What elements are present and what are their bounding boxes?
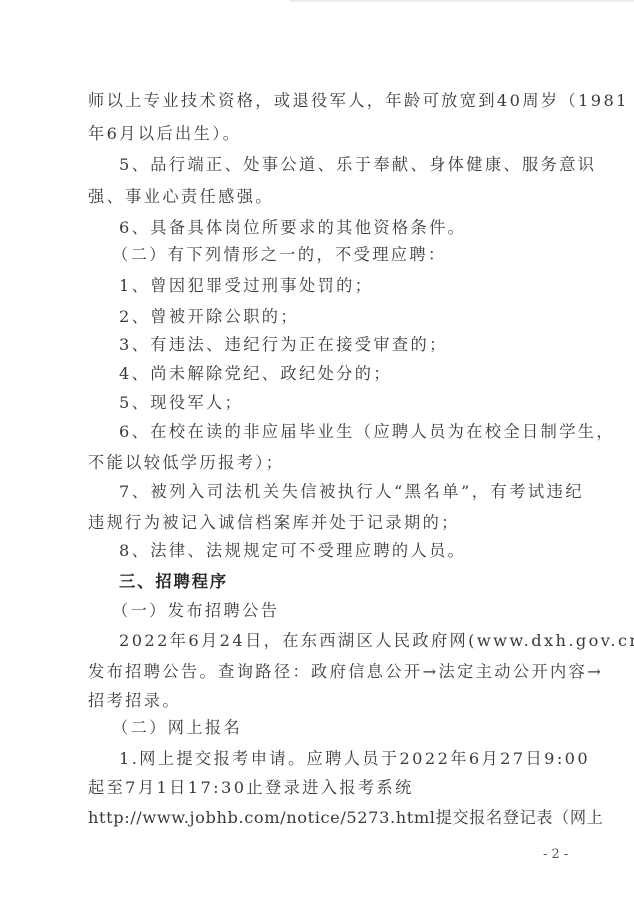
url-text-line: http://www.jobhb.com/notice/5273.html提交报… (88, 808, 584, 828)
text-line: 强、事业心责任感强。 (88, 187, 584, 207)
subsection-heading: （二）网上报名 (112, 718, 577, 738)
text-line: 招考招录。 (88, 691, 584, 711)
list-item: 7、被列入司法机关失信被执行人“黑名单”，有考试违纪 (119, 482, 584, 502)
scan-edge-shadow (290, 0, 634, 2)
page-number: - 2 - (543, 847, 568, 862)
text-line: 师以上专业技术资格，或退役军人，年龄可放宽到40周岁（1981 (88, 91, 584, 111)
document-page: 师以上专业技术资格，或退役军人，年龄可放宽到40周岁（1981 年6月以后出生）… (0, 0, 634, 900)
list-item: 1.网上提交报考申请。应聘人员于2022年6月27日9:00 (119, 749, 584, 769)
list-item: 1、曾因犯罪受过刑事处罚的； (119, 276, 584, 296)
list-item: 2、曾被开除公职的； (119, 307, 584, 327)
list-item: 5、品行端正、处事公道、乐于奉献、身体健康、服务意识 (119, 155, 584, 175)
list-item: 6、在校在读的非应届毕业生（应聘人员为在校全日制学生， (119, 422, 584, 442)
section-heading: 三、招聘程序 (119, 572, 584, 592)
list-item: 4、尚未解除党纪、政纪处分的； (119, 364, 584, 384)
list-item: 3、有违法、违纪行为正在接受审查的； (119, 335, 584, 355)
list-item: 6、具备具体岗位所要求的其他资格条件。 (119, 218, 584, 238)
subsection-heading: （二）有下列情形之一的，不受理应聘： (112, 245, 577, 265)
list-item: 5、现役军人； (119, 393, 584, 413)
subsection-heading: （一）发布招聘公告 (112, 601, 577, 621)
text-line: 违规行为被记入诚信档案库并处于记录期的； (88, 513, 584, 533)
text-line: 不能以较低学历报考）； (88, 453, 584, 473)
text-line: 发布招聘公告。查询路径：政府信息公开→法定主动公开内容→ (88, 662, 584, 682)
text-line: 起至7月1日17:30止登录进入报考系统 (88, 778, 584, 798)
text-line: 年6月以后出生）。 (88, 124, 584, 144)
list-item: 8、法律、法规规定可不受理应聘的人员。 (119, 541, 584, 561)
text-line: 2022年6月24日，在东西湖区人民政府网(www.dxh.gov.cn) (119, 631, 584, 651)
